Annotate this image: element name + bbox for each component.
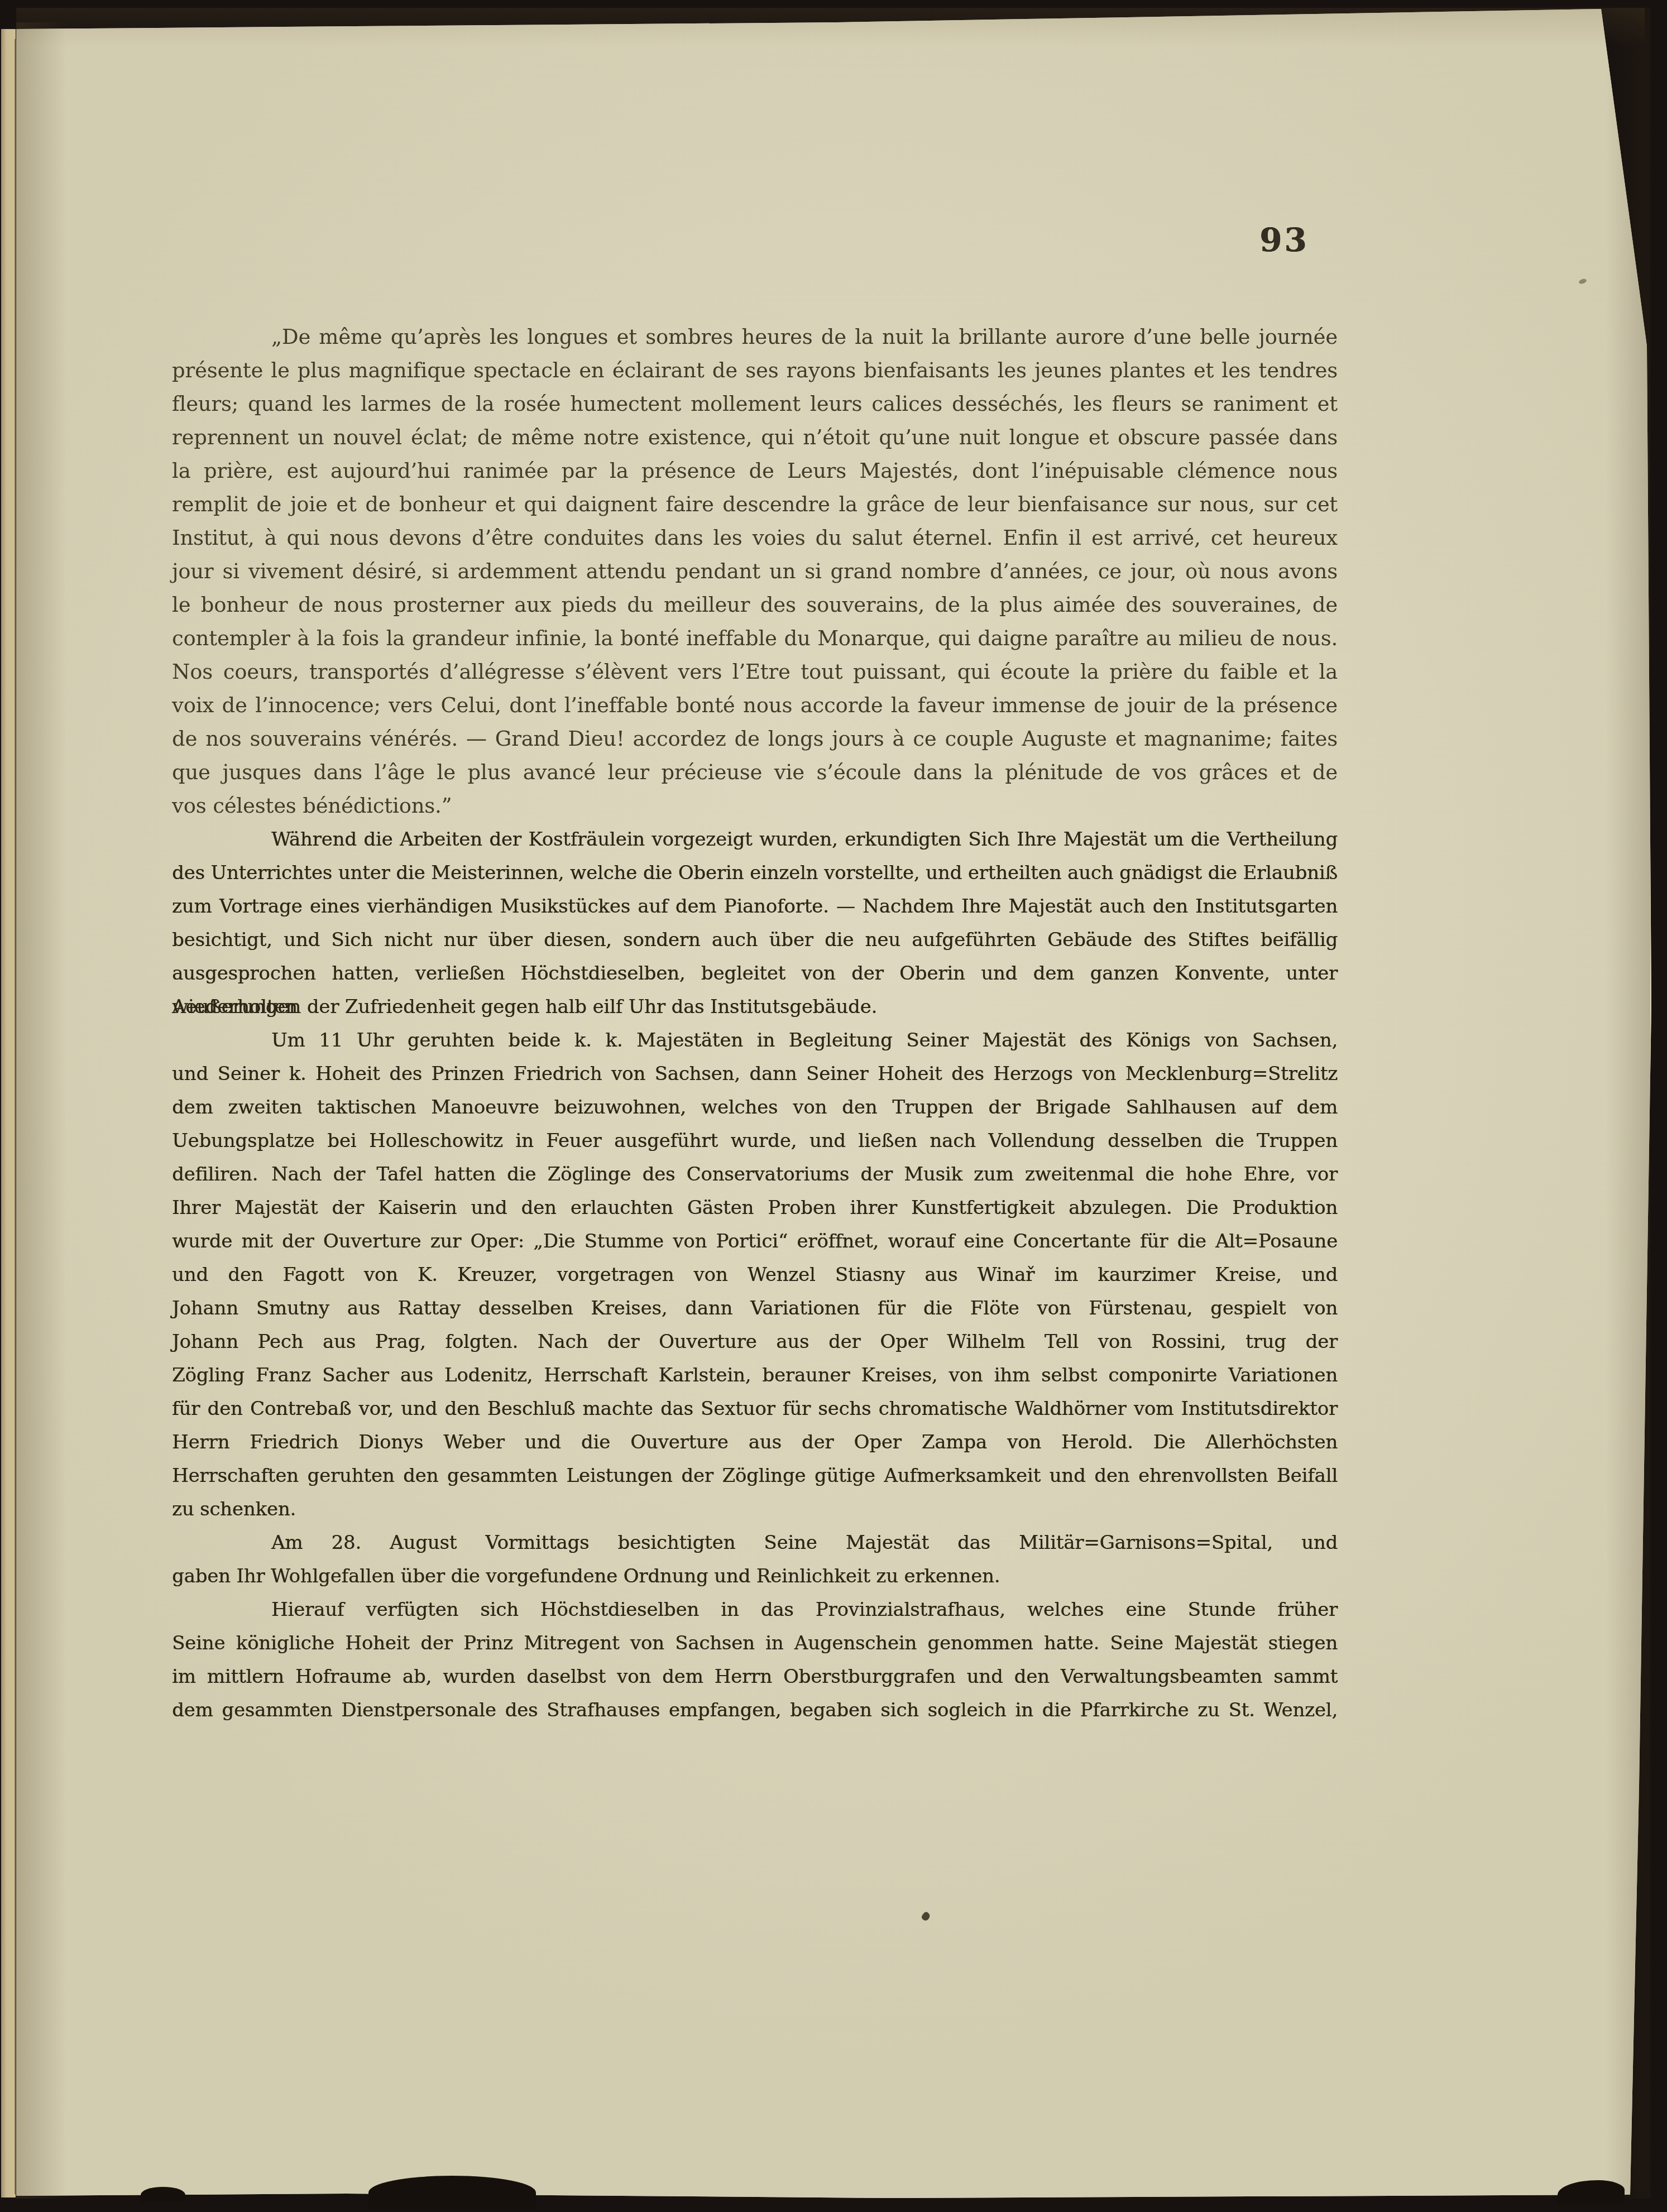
text-line: Johann Pech aus Prag, folgten. Nach der … [172,1325,1338,1359]
text-line: le bonheur de nous prosterner aux pieds … [172,588,1338,622]
text-line: Nos coeurs, transportés d’allégresse s’é… [172,655,1338,689]
text-line: Während die Arbeiten der Kostfräulein vo… [172,823,1338,856]
text-line: und Seiner k. Hoheit des Prinzen Friedri… [172,1057,1338,1091]
paragraph-strafhaus: Hierauf verfügten sich Höchstdieselben i… [172,1593,1338,1727]
text-line: Seine königliche Hoheit der Prinz Mitreg… [172,1626,1338,1660]
text-line: dem gesammten Dienstpersonale des Strafh… [172,1693,1338,1727]
paragraph-spital: Am 28. August Vormittags besichtigten Se… [172,1526,1338,1593]
paragraph-conservatorium: Nach der Tafel hatten die Zöglinge des C… [172,1158,1338,1526]
top-edge-shadow [16,8,1645,47]
text-line: zum Vortrage eines vierhändigen Musikstü… [172,890,1338,923]
text-line: für den Contrebaß vor, und den Beschluß … [172,1392,1338,1426]
text-line: fleurs; quand les larmes de la rosée hum… [172,387,1338,421]
page-text: „De même qu’après les longues et sombres… [172,320,1338,1727]
text-line: gaben Ihr Wohlgefallen über die vorgefun… [172,1560,1338,1593]
paragraph-manoeuvre: Um 11 Uhr geruhten beide k. k. Majestäte… [172,1024,1338,1158]
text-line: Aeußerungen der Zufriedenheit gegen halb… [172,990,1338,1024]
text-line: dem zweiten taktischen Manoeuvre beizuwo… [172,1091,1338,1124]
text-line: la prière, est aujourd’hui ranimée par l… [172,454,1338,488]
text-line: contempler à la fois la grandeur infinie… [172,622,1338,655]
text-line: Herrschaften geruhten den gesammten Leis… [172,1459,1338,1493]
text-line: im mittlern Hofraume ab, wurden daselbst… [172,1660,1338,1693]
bottom-scan-shadow [141,2187,185,2203]
text-line: Johann Smutny aus Rattay desselben Kreis… [172,1292,1338,1325]
text-line: Institut, à qui nous devons d’être condu… [172,521,1338,555]
text-line: Nach der Tafel hatten die Zöglinge des C… [172,1158,1338,1191]
bottom-scan-shadow [368,2176,536,2209]
right-edge-shadow [1606,8,1650,2199]
text-line: vos célestes bénédictions.” [172,789,1338,823]
book-page-edges [1,29,16,2197]
text-line: Herrn Friedrich Dionys Weber und die Ouv… [172,1426,1338,1459]
text-line: Hierauf verfügten sich Höchstdieselben i… [172,1593,1338,1626]
text-line: besichtigt, und Sich nicht nur über dies… [172,923,1338,957]
text-line: ausgesprochen hatten, verließen Höchstdi… [172,957,1338,990]
text-line: de nos souverains vénérés. — Grand Dieu!… [172,722,1338,756]
text-line: voix de l’innocence; vers Celui, dont l’… [172,689,1338,722]
text-line: reprennent un nouvel éclat; de même notr… [172,421,1338,454]
scanned-book-page: 93 „De même qu’après les longues et somb… [0,0,1667,2212]
text-line: Uebungsplatze bei Holleschowitz in Feuer… [172,1124,1338,1158]
text-line: Ihrer Majestät der Kaiserin und den erla… [172,1191,1338,1225]
text-line: Am 28. August Vormittags besichtigten Se… [172,1526,1338,1560]
paragraph-institut: Während die Arbeiten der Kostfräulein vo… [172,823,1338,1024]
text-line: „De même qu’après les longues et sombres… [172,320,1338,354]
text-line: présente le plus magnifique spectacle en… [172,354,1338,387]
gutter-shadow [16,22,66,2199]
text-line: zu schenken. [172,1493,1338,1526]
text-line: des Unterrichtes unter die Meisterinnen,… [172,856,1338,890]
text-line: und den Fagott von K. Kreuzer, vorgetrag… [172,1258,1338,1292]
text-line: remplit de joie et de bonheur et qui dai… [172,488,1338,521]
text-line: jour si vivement désiré, si ardemment at… [172,555,1338,588]
page-number: 93 [1259,221,1332,259]
text-line: Um 11 Uhr geruhten beide k. k. Majestäte… [172,1024,1338,1057]
text-line: que jusques dans l’âge le plus avancé le… [172,756,1338,789]
text-line: Zögling Franz Sacher aus Lodenitz, Herrs… [172,1359,1338,1392]
text-line: wurde mit der Ouverture zur Oper: „Die S… [172,1225,1338,1258]
paragraph-french-quote: „De même qu’après les longues et sombres… [172,320,1338,823]
